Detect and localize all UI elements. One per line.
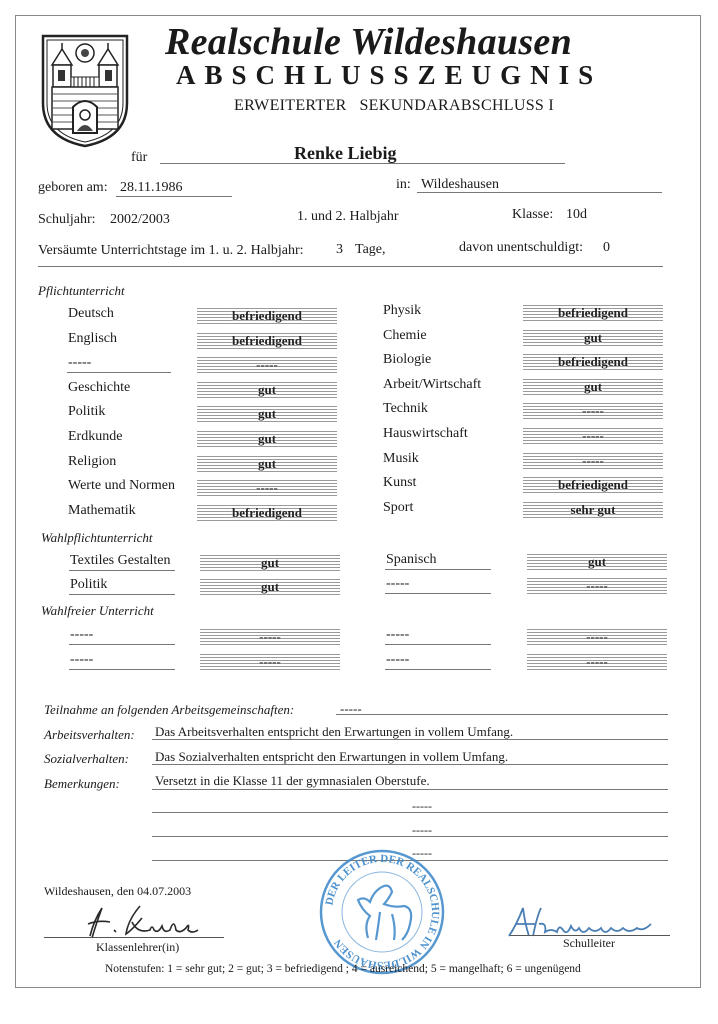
- place-date: Wildeshausen, den 04.07.2003: [44, 884, 191, 899]
- term: 1. und 2. Halbjahr: [297, 209, 398, 225]
- grade-value: befriedigend: [558, 477, 628, 492]
- social-behavior-value: Das Sozialverhalten entspricht den Erwar…: [155, 749, 508, 765]
- grade-box: befriedigend: [523, 304, 663, 321]
- subject-name: Spanisch: [386, 552, 437, 568]
- subject-name: Sport: [383, 500, 413, 516]
- certificate-title: ABSCHLUSSZEUGNIS: [176, 60, 602, 91]
- born-place-label: in:: [396, 177, 411, 193]
- grade-box: gut: [197, 430, 337, 447]
- student-name: Renke Liebig: [294, 143, 397, 164]
- subject-name: Chemie: [383, 328, 427, 344]
- elective-free-heading: Wahlfreier Unterricht: [41, 603, 154, 619]
- grade-box: -----: [200, 628, 340, 645]
- compulsory-heading: Pflichtunterricht: [38, 283, 125, 299]
- subject-name: Deutsch: [68, 306, 114, 322]
- grade-box: befriedigend: [197, 307, 337, 324]
- elective-compulsory-heading: Wahlpflichtunterricht: [41, 530, 152, 546]
- subject-name: Kunst: [383, 475, 416, 491]
- grade-value: befriedigend: [232, 505, 302, 520]
- grade-value: gut: [584, 330, 602, 345]
- grade-box: gut: [197, 455, 337, 472]
- grade-value: -----: [256, 480, 278, 495]
- subject-name: -----: [386, 627, 409, 643]
- subject-name: Musik: [383, 451, 419, 467]
- work-behavior-value: Das Arbeitsverhalten entspricht den Erwa…: [155, 724, 513, 740]
- grade-value: gut: [261, 579, 279, 594]
- grade-scale: Notenstufen: 1 = sehr gut; 2 = gut; 3 = …: [105, 963, 581, 975]
- grade-value: gut: [584, 379, 602, 394]
- grade-box: -----: [527, 653, 667, 670]
- grade-box: gut: [200, 578, 340, 595]
- grade-value: -----: [586, 629, 608, 644]
- principal-label: Schulleiter: [563, 936, 615, 951]
- subject-name: Biologie: [383, 352, 431, 368]
- grade-value: gut: [261, 555, 279, 570]
- grade-value: -----: [256, 357, 278, 372]
- grade-box: gut: [523, 378, 663, 395]
- work-behavior-label: Arbeitsverhalten:: [44, 727, 135, 743]
- svg-text:DER LEITER DER REALSCHULE IN W: DER LEITER DER REALSCHULE IN WILDESHAUSE…: [323, 853, 441, 971]
- school-year-label: Schuljahr:: [38, 212, 96, 228]
- grade-box: gut: [200, 554, 340, 571]
- grade-box: -----: [200, 653, 340, 670]
- born-label: geboren am:: [38, 180, 108, 196]
- subject-name: Technik: [383, 401, 428, 417]
- teacher-label: Klassenlehrer(in): [96, 940, 179, 955]
- grade-value: gut: [258, 456, 276, 471]
- grade-value: -----: [586, 654, 608, 669]
- subject-name: Physik: [383, 303, 421, 319]
- unexcused-label: davon unentschuldigt:: [459, 240, 583, 256]
- absence-label: Versäumte Unterrichtstage im 1. u. 2. Ha…: [38, 243, 304, 259]
- subject-name: Geschichte: [68, 380, 130, 396]
- degree-title: ERWEITERTER SEKUNDARABSCHLUSS I: [234, 97, 554, 115]
- school-year: 2002/2003: [110, 212, 170, 228]
- grade-box: -----: [523, 402, 663, 419]
- subject-name: Mathematik: [68, 503, 136, 519]
- subject-name: Politik: [70, 577, 107, 593]
- coat-of-arms-icon: [40, 33, 130, 148]
- subject-name: Textiles Gestalten: [70, 553, 171, 569]
- grade-value: sehr gut: [571, 502, 616, 517]
- grade-value: -----: [582, 403, 604, 418]
- horse-seal-icon: DER LEITER DER REALSCHULE IN WILDESHAUSE…: [318, 848, 446, 976]
- notes-value: Versetzt in die Klasse 11 der gymnasiale…: [155, 773, 430, 789]
- subject-name: Werte und Normen: [68, 478, 175, 494]
- subject-name: Religion: [68, 454, 116, 470]
- grade-value: -----: [259, 629, 281, 644]
- born-date: 28.11.1986: [120, 180, 182, 196]
- social-behavior-label: Sozialverhalten:: [44, 751, 129, 767]
- grade-box: -----: [523, 452, 663, 469]
- subject-name: -----: [70, 652, 93, 668]
- unexcused-value: 0: [603, 240, 610, 256]
- school-name: Realschule Wildeshausen: [165, 20, 572, 64]
- grade-value: befriedigend: [558, 305, 628, 320]
- ag-label: Teilnahme an folgenden Arbeitsgemeinscha…: [44, 702, 294, 718]
- subject-name: Politik: [68, 404, 105, 420]
- grade-box: gut: [197, 405, 337, 422]
- grade-value: -----: [259, 654, 281, 669]
- subject-name: -----: [386, 576, 409, 592]
- grade-value: -----: [582, 453, 604, 468]
- teacher-signature: [80, 900, 230, 942]
- subject-name: Arbeit/Wirtschaft: [383, 377, 481, 393]
- grade-box: gut: [523, 329, 663, 346]
- grade-box: -----: [527, 577, 667, 594]
- class-value: 10d: [566, 207, 587, 223]
- subject-name: -----: [386, 652, 409, 668]
- grade-value: befriedigend: [232, 308, 302, 323]
- grade-box: befriedigend: [197, 332, 337, 349]
- grade-value: befriedigend: [232, 333, 302, 348]
- grade-value: gut: [258, 382, 276, 397]
- subject-name: -----: [70, 627, 93, 643]
- grade-box: -----: [197, 356, 337, 373]
- grade-box: gut: [197, 381, 337, 398]
- grade-box: befriedigend: [197, 504, 337, 521]
- grade-value: -----: [582, 428, 604, 443]
- grade-value: gut: [258, 431, 276, 446]
- grade-value: -----: [586, 578, 608, 593]
- notes-label: Bemerkungen:: [44, 776, 120, 792]
- born-place: Wildeshausen: [421, 177, 499, 193]
- grade-box: befriedigend: [523, 353, 663, 370]
- for-label: für: [131, 150, 147, 166]
- grade-value: gut: [258, 406, 276, 421]
- subject-name: Englisch: [68, 331, 117, 347]
- grade-value: gut: [588, 554, 606, 569]
- subject-name: -----: [68, 355, 91, 371]
- subject-name: Erdkunde: [68, 429, 122, 445]
- grade-box: gut: [527, 553, 667, 570]
- class-label: Klasse:: [512, 207, 553, 223]
- grade-box: befriedigend: [523, 476, 663, 493]
- grade-box: -----: [197, 479, 337, 496]
- grade-box: -----: [527, 628, 667, 645]
- absence-unit: Tage,: [355, 242, 386, 258]
- grade-value: befriedigend: [558, 354, 628, 369]
- absence-days: 3: [336, 242, 343, 258]
- grade-box: -----: [523, 427, 663, 444]
- grade-box: sehr gut: [523, 501, 663, 518]
- subject-name: Hauswirtschaft: [383, 426, 468, 442]
